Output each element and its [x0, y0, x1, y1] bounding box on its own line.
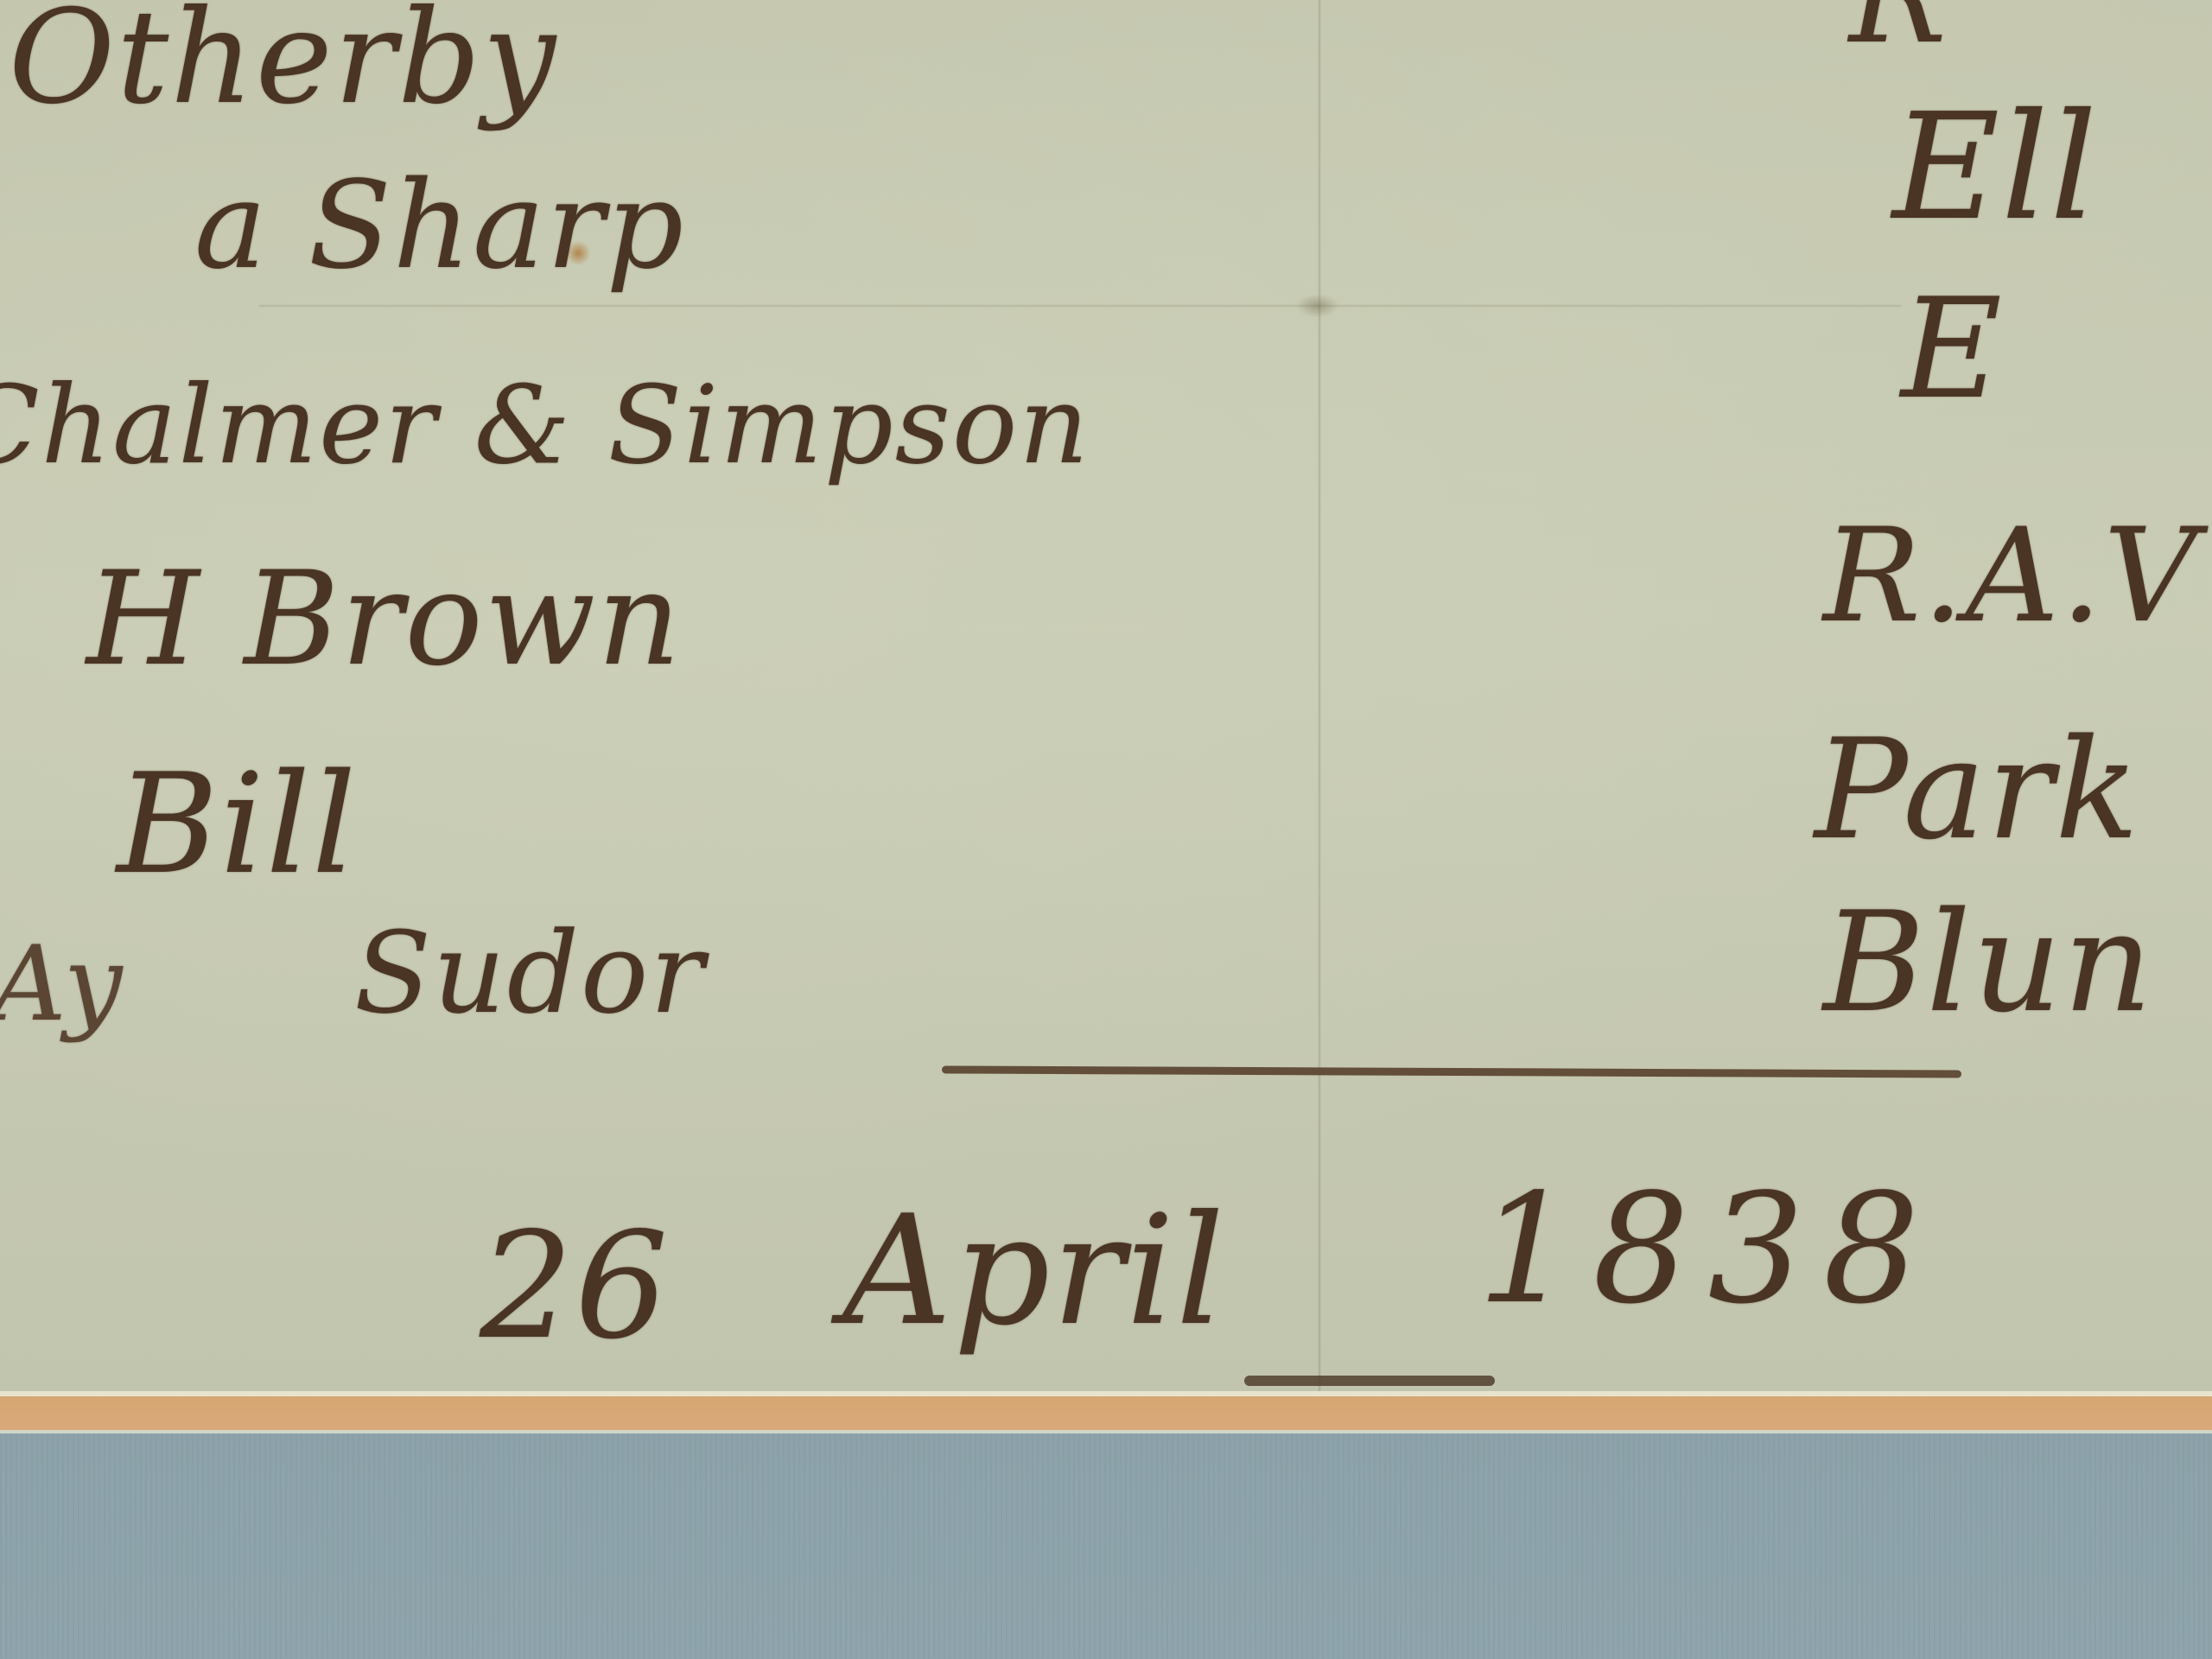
signature-a-sharp: a Sharp	[194, 156, 685, 296]
signature-sudor: Sudor	[354, 907, 705, 1039]
signature-ay-fragment: Ay	[0, 925, 124, 1045]
date-month: April	[842, 1184, 1226, 1359]
fold-crease-horizontal	[259, 304, 1901, 308]
signature-rav: R.A.V	[1823, 501, 2199, 652]
signature-blun: Blun	[1823, 881, 2154, 1043]
signature-park: Park	[1815, 709, 2140, 870]
signature-bill: Bill	[117, 743, 358, 905]
inner-mat-border	[0, 1396, 2212, 1431]
outer-mat-board	[0, 1433, 2212, 1659]
signature-chalmer-simpson: Chalmer & Simpson	[0, 363, 1090, 488]
fold-crease-intersection	[1296, 294, 1339, 318]
signature-e: E	[1901, 268, 2004, 429]
signature-ell: Ell	[1892, 82, 2099, 253]
signature-h-brown: H Brown	[86, 544, 683, 695]
signature-right-top-fragment: R	[1849, 0, 1948, 73]
date-underline	[1244, 1376, 1495, 1386]
date-day: 26	[480, 1201, 670, 1372]
date-year: 1838	[1478, 1162, 1938, 1338]
signature-otherby: Otherby	[9, 0, 557, 133]
fold-crease-vertical	[1318, 0, 1321, 1395]
